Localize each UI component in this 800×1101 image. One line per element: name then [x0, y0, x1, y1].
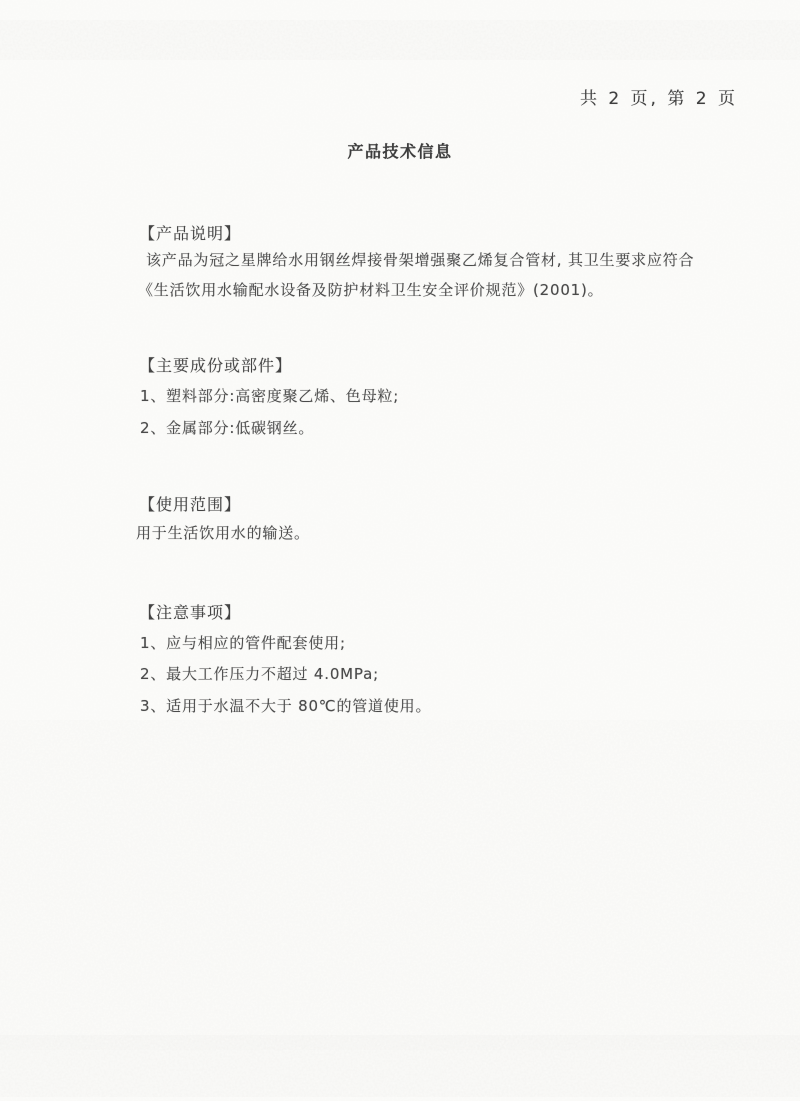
section-line: 用于生活饮用水的输送。 [136, 522, 310, 543]
section-line: 《生活饮用水输配水设备及防护材料卫生安全评价规范》(2001)。 [138, 279, 603, 300]
section-heading-scope-of-use: 【使用范围】 [139, 492, 241, 515]
scanned-document-page: 共 2 页, 第 2 页 产品技术信息 【产品说明】 该产品为冠之星牌给水用钢丝… [0, 0, 800, 1101]
section-line: 2、最大工作压力不超过 4.0MPa; [140, 663, 379, 684]
section-line: 1、塑料部分:高密度聚乙烯、色母粒; [140, 385, 399, 406]
section-heading-main-components: 【主要成份或部件】 [139, 353, 292, 376]
section-line: 2、金属部分:低碳钢丝。 [140, 417, 314, 438]
section-line: 该产品为冠之星牌给水用钢丝焊接骨架增强聚乙烯复合管材, 其卫生要求应符合 [146, 249, 694, 270]
page-indicator: 共 2 页, 第 2 页 [580, 84, 738, 109]
section-heading-precautions: 【注意事项】 [139, 600, 241, 623]
section-heading-product-description: 【产品说明】 [139, 221, 241, 244]
section-line: 1、应与相应的管件配套使用; [140, 632, 346, 653]
scan-noise-texture [0, 0, 800, 1101]
document-title: 产品技术信息 [0, 139, 800, 162]
section-line: 3、适用于水温不大于 80℃的管道使用。 [140, 695, 431, 716]
